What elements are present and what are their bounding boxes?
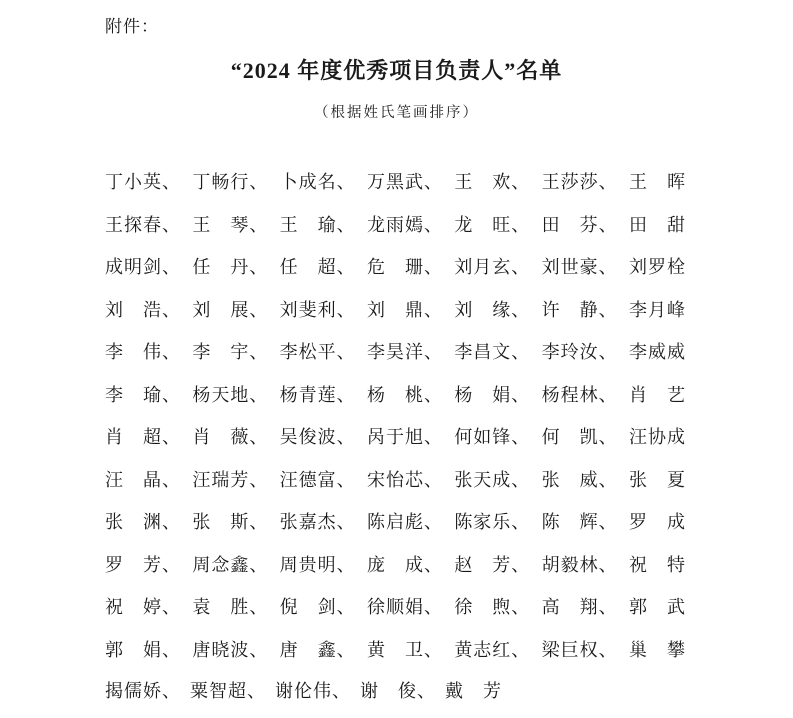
person-name: 刘 鼎、 bbox=[367, 296, 443, 322]
person-name: 粟智超、 bbox=[190, 681, 266, 701]
person-name: 罗 成 bbox=[629, 508, 686, 534]
person-name: 周贵明、 bbox=[280, 551, 356, 577]
page-title: “2024 年度优秀项目负责人”名单 bbox=[0, 54, 793, 85]
name-row: 成明剑、任 丹、任 超、危 珊、刘月玄、刘世豪、刘罗栓 bbox=[105, 245, 686, 288]
person-name: 刘 展、 bbox=[192, 296, 268, 322]
name-list: 丁小英、丁畅行、卜成名、万黑武、王 欢、王莎莎、王 晖王探春、王 琴、王 瑜、龙… bbox=[105, 160, 686, 713]
name-row: 揭儒娇、粟智超、谢伦伟、谢 俊、戴 芳 bbox=[105, 670, 686, 713]
person-name: 龙 旺、 bbox=[454, 211, 530, 237]
person-name: 田 芬、 bbox=[542, 211, 618, 237]
person-name: 徐 煦、 bbox=[454, 593, 530, 619]
person-name: 祝 婷、 bbox=[105, 593, 181, 619]
person-name: 陈启彪、 bbox=[367, 508, 443, 534]
person-name: 胡毅林、 bbox=[542, 551, 618, 577]
person-name: 李昊洋、 bbox=[367, 338, 443, 364]
person-name: 王 琴、 bbox=[192, 211, 268, 237]
person-name: 张 夏 bbox=[629, 466, 686, 492]
person-name: 陈家乐、 bbox=[454, 508, 530, 534]
person-name: 唐 鑫、 bbox=[280, 636, 356, 662]
person-name: 徐顺娟、 bbox=[367, 593, 443, 619]
person-name: 刘斐利、 bbox=[280, 296, 356, 322]
person-name: 肖 超、 bbox=[105, 423, 181, 449]
person-name: 田 甜 bbox=[629, 211, 686, 237]
person-name: 刘罗栓 bbox=[629, 253, 686, 279]
person-name: 郭 武 bbox=[629, 593, 686, 619]
person-name: 张 渊、 bbox=[105, 508, 181, 534]
person-name: 张 威、 bbox=[542, 466, 618, 492]
person-name: 肖 薇、 bbox=[192, 423, 268, 449]
person-name: 许 静、 bbox=[542, 296, 618, 322]
person-name: 戴 芳 bbox=[445, 681, 502, 701]
person-name: 成明剑、 bbox=[105, 253, 181, 279]
person-name: 黄志红、 bbox=[454, 636, 530, 662]
person-name: 高 翔、 bbox=[542, 593, 618, 619]
person-name: 陈 辉、 bbox=[542, 508, 618, 534]
person-name: 黄 卫、 bbox=[367, 636, 443, 662]
person-name: 杨程林、 bbox=[542, 381, 618, 407]
person-name: 梁巨权、 bbox=[542, 636, 618, 662]
person-name: 王探春、 bbox=[105, 211, 181, 237]
person-name: 唐晓波、 bbox=[192, 636, 268, 662]
person-name: 万黑武、 bbox=[367, 168, 443, 194]
person-name: 祝 特 bbox=[629, 551, 686, 577]
person-name: 杨天地、 bbox=[192, 381, 268, 407]
person-name: 巢 攀 bbox=[629, 636, 686, 662]
person-name: 宋怡芯、 bbox=[367, 466, 443, 492]
person-name: 何 凯、 bbox=[542, 423, 618, 449]
person-name: 王 欢、 bbox=[454, 168, 530, 194]
person-name: 李月峰 bbox=[629, 296, 686, 322]
person-name: 庞 成、 bbox=[367, 551, 443, 577]
document-page: 附件： “2024 年度优秀项目负责人”名单 （根据姓氏笔画排序） 丁小英、丁畅… bbox=[0, 0, 793, 718]
person-name: 郭 娟、 bbox=[105, 636, 181, 662]
person-name: 吴俊波、 bbox=[280, 423, 356, 449]
name-row: 张 渊、张 斯、张嘉杰、陈启彪、陈家乐、陈 辉、罗 成 bbox=[105, 500, 686, 543]
person-name: 任 超、 bbox=[280, 253, 356, 279]
person-name: 汪协成 bbox=[629, 423, 686, 449]
name-row: 郭 娟、唐晓波、唐 鑫、黄 卫、黄志红、梁巨权、巢 攀 bbox=[105, 628, 686, 671]
person-name: 王 瑜、 bbox=[280, 211, 356, 237]
person-name: 危 珊、 bbox=[367, 253, 443, 279]
person-name: 李威威 bbox=[629, 338, 686, 364]
person-name: 刘 浩、 bbox=[105, 296, 181, 322]
person-name: 杨 娟、 bbox=[454, 381, 530, 407]
person-name: 李玲汝、 bbox=[542, 338, 618, 364]
person-name: 张 斯、 bbox=[192, 508, 268, 534]
person-name: 丁畅行、 bbox=[192, 168, 268, 194]
person-name: 任 丹、 bbox=[192, 253, 268, 279]
person-name: 杨 桃、 bbox=[367, 381, 443, 407]
person-name: 周念鑫、 bbox=[192, 551, 268, 577]
name-row: 王探春、王 琴、王 瑜、龙雨嫣、龙 旺、田 芬、田 甜 bbox=[105, 203, 686, 246]
person-name: 刘 缘、 bbox=[454, 296, 530, 322]
person-name: 谢 俊、 bbox=[360, 681, 436, 701]
person-name: 张嘉杰、 bbox=[280, 508, 356, 534]
person-name: 罗 芳、 bbox=[105, 551, 181, 577]
person-name: 倪 剑、 bbox=[280, 593, 356, 619]
person-name: 谢伦伟、 bbox=[275, 681, 351, 701]
name-row: 李 瑜、杨天地、杨青莲、杨 桃、杨 娟、杨程林、肖 艺 bbox=[105, 373, 686, 416]
name-row: 李 伟、李 宇、李松平、李昊洋、李昌文、李玲汝、李威威 bbox=[105, 330, 686, 373]
person-name: 汪瑞芳、 bbox=[192, 466, 268, 492]
person-name: 刘月玄、 bbox=[454, 253, 530, 279]
person-name: 丁小英、 bbox=[105, 168, 181, 194]
name-row: 汪 晶、汪瑞芳、汪德富、宋怡芯、张天成、张 威、张 夏 bbox=[105, 458, 686, 501]
name-row: 肖 超、肖 薇、吴俊波、呙于旭、何如锋、何 凯、汪协成 bbox=[105, 415, 686, 458]
person-name: 呙于旭、 bbox=[367, 423, 443, 449]
person-name: 何如锋、 bbox=[454, 423, 530, 449]
person-name: 汪 晶、 bbox=[105, 466, 181, 492]
person-name: 揭儒娇、 bbox=[105, 681, 181, 701]
attachment-label: 附件： bbox=[105, 12, 159, 37]
person-name: 龙雨嫣、 bbox=[367, 211, 443, 237]
name-row: 祝 婷、袁 胜、倪 剑、徐顺娟、徐 煦、高 翔、郭 武 bbox=[105, 585, 686, 628]
person-name: 杨青莲、 bbox=[280, 381, 356, 407]
person-name: 赵 芳、 bbox=[454, 551, 530, 577]
person-name: 李昌文、 bbox=[454, 338, 530, 364]
person-name: 汪德富、 bbox=[280, 466, 356, 492]
person-name: 李松平、 bbox=[280, 338, 356, 364]
person-name: 刘世豪、 bbox=[542, 253, 618, 279]
name-row: 罗 芳、周念鑫、周贵明、庞 成、赵 芳、胡毅林、祝 特 bbox=[105, 543, 686, 586]
page-subtitle: （根据姓氏笔画排序） bbox=[0, 101, 793, 122]
name-row: 刘 浩、刘 展、刘斐利、刘 鼎、刘 缘、许 静、李月峰 bbox=[105, 288, 686, 331]
person-name: 卜成名、 bbox=[280, 168, 356, 194]
person-name: 李 伟、 bbox=[105, 338, 181, 364]
person-name: 张天成、 bbox=[454, 466, 530, 492]
person-name: 王 晖 bbox=[629, 168, 686, 194]
person-name: 肖 艺 bbox=[629, 381, 686, 407]
name-row: 丁小英、丁畅行、卜成名、万黑武、王 欢、王莎莎、王 晖 bbox=[105, 160, 686, 203]
person-name: 李 宇、 bbox=[192, 338, 268, 364]
person-name: 李 瑜、 bbox=[105, 381, 181, 407]
person-name: 袁 胜、 bbox=[192, 593, 268, 619]
person-name: 王莎莎、 bbox=[542, 168, 618, 194]
